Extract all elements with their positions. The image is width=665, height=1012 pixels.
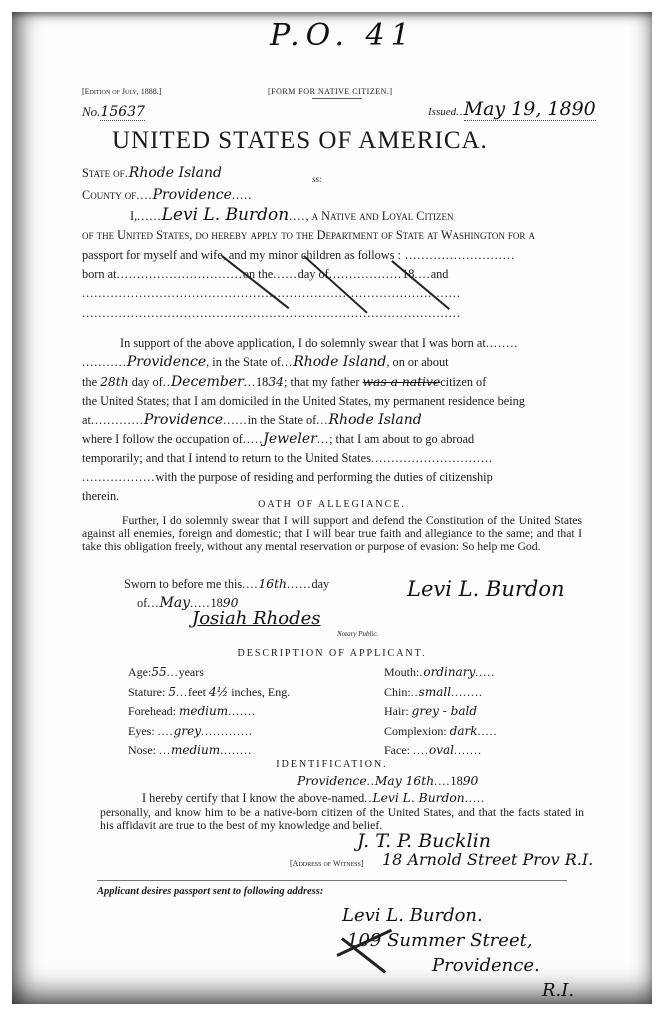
- mailing-line-2: 109 Summer Street,: [347, 930, 533, 951]
- divider: [97, 880, 567, 881]
- face-field: Face: ....oval.......: [384, 741, 498, 761]
- county-value: Providence: [153, 187, 232, 203]
- occupation: Jeweler: [263, 431, 317, 447]
- notary-signature: Josiah Rhodes: [192, 608, 321, 629]
- description-right: Mouth:.ordinary..... Chin:..small.......…: [384, 663, 498, 761]
- identification-text: personally, and know him to be a native-…: [100, 806, 584, 832]
- state-line: State of.Rhode Island: [82, 164, 222, 183]
- oath-heading: OATH OF ALLEGIANCE.: [82, 499, 582, 510]
- forehead-field: Forehead: medium.......: [128, 702, 290, 722]
- applicant-signature: Levi L. Burdon: [407, 577, 565, 601]
- description-left: Age:55...years Stature: 5...feet 4½ inch…: [128, 663, 290, 761]
- identified-name: Levi L. Burdon: [372, 791, 464, 805]
- document-title: UNITED STATES OF AMERICA.: [112, 127, 488, 155]
- form-type: [FORM FOR NATIVE CITIZEN.]: [268, 87, 393, 96]
- birth-city: Providence: [127, 354, 206, 370]
- issued-date: Issued..May 19, 1890: [428, 98, 596, 120]
- file-mark: P.O. 41: [270, 18, 416, 53]
- nose-field: Nose: ...medium........: [128, 741, 290, 761]
- ss-mark: ss:: [312, 174, 322, 184]
- complexion-field: Complexion: dark.....: [384, 722, 498, 742]
- identification-heading: IDENTIFICATION.: [82, 759, 582, 770]
- application-number: No.15637: [82, 104, 145, 120]
- edition-note: [Edition of July, 1888.]: [82, 87, 161, 96]
- mailing-line-4: R.I.: [542, 980, 574, 1001]
- divider: [312, 98, 362, 99]
- passport-application-page: P.O. 41 [Edition of July, 1888.] [FORM F…: [12, 12, 652, 1004]
- oath-text: Further, I do solemnly swear that I will…: [82, 514, 582, 553]
- identification-place: Providence: [297, 774, 367, 788]
- birth-month: December: [171, 374, 244, 390]
- age-field: Age:55...years: [128, 663, 290, 683]
- birth-year: 34: [268, 375, 284, 389]
- birth-day: 28th: [100, 375, 129, 389]
- father-status: was a native: [363, 375, 441, 389]
- stature-field: Stature: 5...feet 4½ inches, Eng.: [128, 683, 290, 703]
- residence-city: Providence: [144, 412, 223, 428]
- state-value: Rhode Island: [129, 165, 222, 181]
- eyes-field: Eyes: ....grey.............: [128, 722, 290, 742]
- applicant-line: I,......Levi L. Burdon...., a Native and…: [130, 206, 453, 226]
- mailing-line-3: Providence.: [432, 955, 540, 976]
- witness-signature: J. T. P. Bucklin: [357, 830, 491, 852]
- issued-value: May 19, 1890: [464, 98, 596, 121]
- mailing-label: Applicant desires passport sent to follo…: [97, 886, 323, 897]
- applicant-name: Levi L. Burdon: [162, 205, 290, 225]
- hair-field: Hair: grey - bald: [384, 702, 498, 722]
- county-line: County of....Providence.....: [82, 186, 252, 205]
- mouth-field: Mouth:.ordinary.....: [384, 663, 498, 683]
- birth-state: Rhode Island: [293, 354, 386, 370]
- witness-address: 18 Arnold Street Prov R.I.: [382, 850, 593, 869]
- witness-address-label: [Address of Witness]: [290, 859, 364, 868]
- sworn-day: 16th: [258, 577, 287, 591]
- identification-date: May 16th: [375, 774, 434, 788]
- sworn-month: May: [159, 595, 190, 611]
- mailing-line-1: Levi L. Burdon.: [342, 905, 483, 926]
- residence-state: Rhode Island: [329, 412, 422, 428]
- number-value: 15637: [100, 104, 145, 121]
- chin-field: Chin:..small........: [384, 683, 498, 703]
- description-heading: DESCRIPTION OF APPLICANT.: [82, 648, 582, 659]
- notary-label: Notary Public.: [337, 630, 378, 638]
